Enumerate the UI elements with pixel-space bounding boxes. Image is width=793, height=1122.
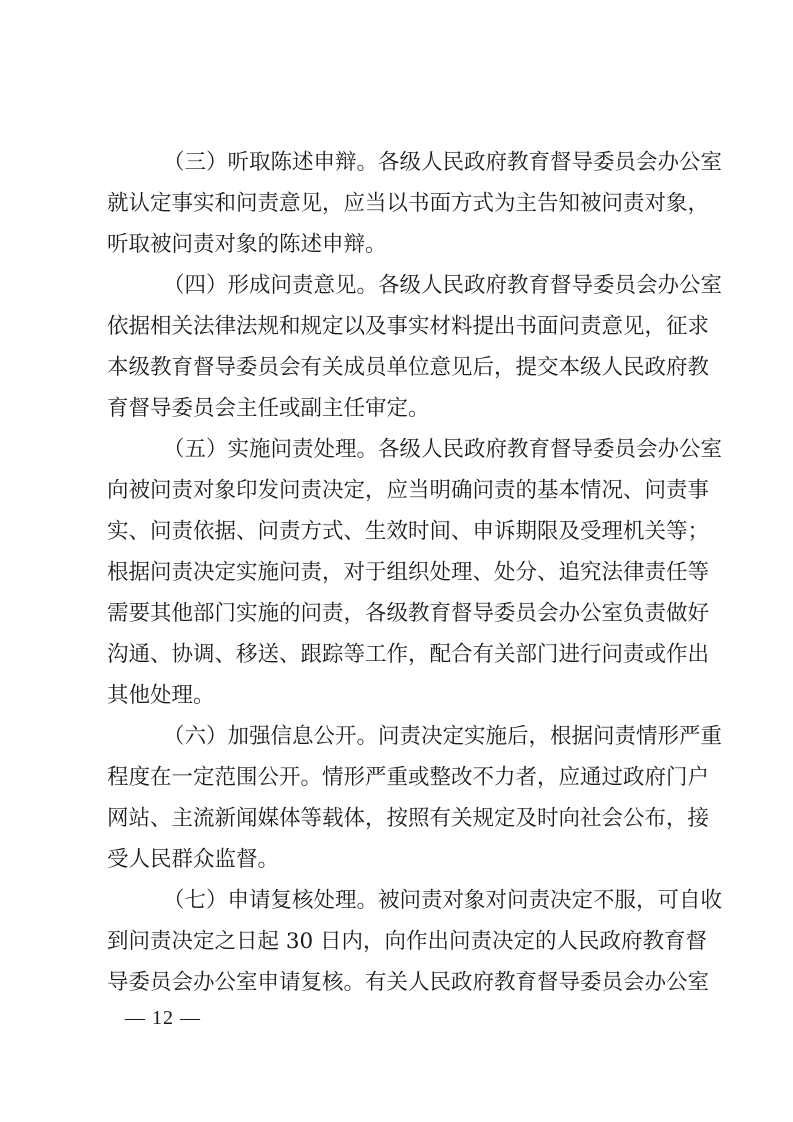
paragraph-7-line-3: 导委员会办公室申请复核。有关人民政府教育督导委员会办公室 [107,968,693,998]
paragraph-5-line-1: （五）实施问责处理。各级人民政府教育督导委员会办公室 [163,435,693,465]
paragraph-3-line-3: 听取被问责对象的陈述申辩。 [107,230,693,260]
paragraph-5-line-5: 需要其他部门实施的问责，各级教育督导委员会办公室负责做好 [107,599,693,629]
paragraph-7-line-1: （七）申请复核处理。被问责对象对问责决定不服，可自收 [163,886,693,916]
paragraph-4-line-3: 本级教育督导委员会有关成员单位意见后，提交本级人民政府教 [107,353,693,383]
paragraph-4-line-2: 依据相关法律法规和规定以及事实材料提出书面问责意见，征求 [107,312,693,342]
paragraph-5-line-7: 其他处理。 [107,681,693,711]
paragraph-5-line-2: 向被问责对象印发问责决定，应当明确问责的基本情况、问责事 [107,476,693,506]
paragraph-3-line-1: （三）听取陈述申辩。各级人民政府教育督导委员会办公室 [163,148,693,178]
paragraph-7-line-2: 到问责决定之日起 30 日内，向作出问责决定的人民政府教育督 [107,927,693,957]
paragraph-4-line-1: （四）形成问责意见。各级人民政府教育督导委员会办公室 [163,271,693,301]
paragraph-6-line-4: 受人民群众监督。 [107,845,693,875]
paragraph-5-line-6: 沟通、协调、移送、跟踪等工作，配合有关部门进行问责或作出 [107,640,693,670]
paragraph-6-line-2: 程度在一定范围公开。情形严重或整改不力者，应通过政府门户 [107,763,693,793]
paragraph-6-line-1: （六）加强信息公开。问责决定实施后，根据问责情形严重 [163,722,693,752]
paragraph-4-line-4: 育督导委员会主任或副主任审定。 [107,394,693,424]
paragraph-3-line-2: 就认定事实和问责意见，应当以书面方式为主告知被问责对象， [107,189,693,219]
paragraph-6-line-3: 网站、主流新闻媒体等载体，按照有关规定及时向社会公布，接 [107,804,693,834]
page-number: — 12 — [125,1005,201,1031]
document-page: （三）听取陈述申辩。各级人民政府教育督导委员会办公室 就认定事实和问责意见，应当… [0,0,793,1122]
paragraph-5-line-4: 根据问责决定实施问责，对于组织处理、处分、追究法律责任等 [107,558,693,588]
paragraph-5-line-3: 实、问责依据、问责方式、生效时间、申诉期限及受理机关等； [107,517,693,547]
